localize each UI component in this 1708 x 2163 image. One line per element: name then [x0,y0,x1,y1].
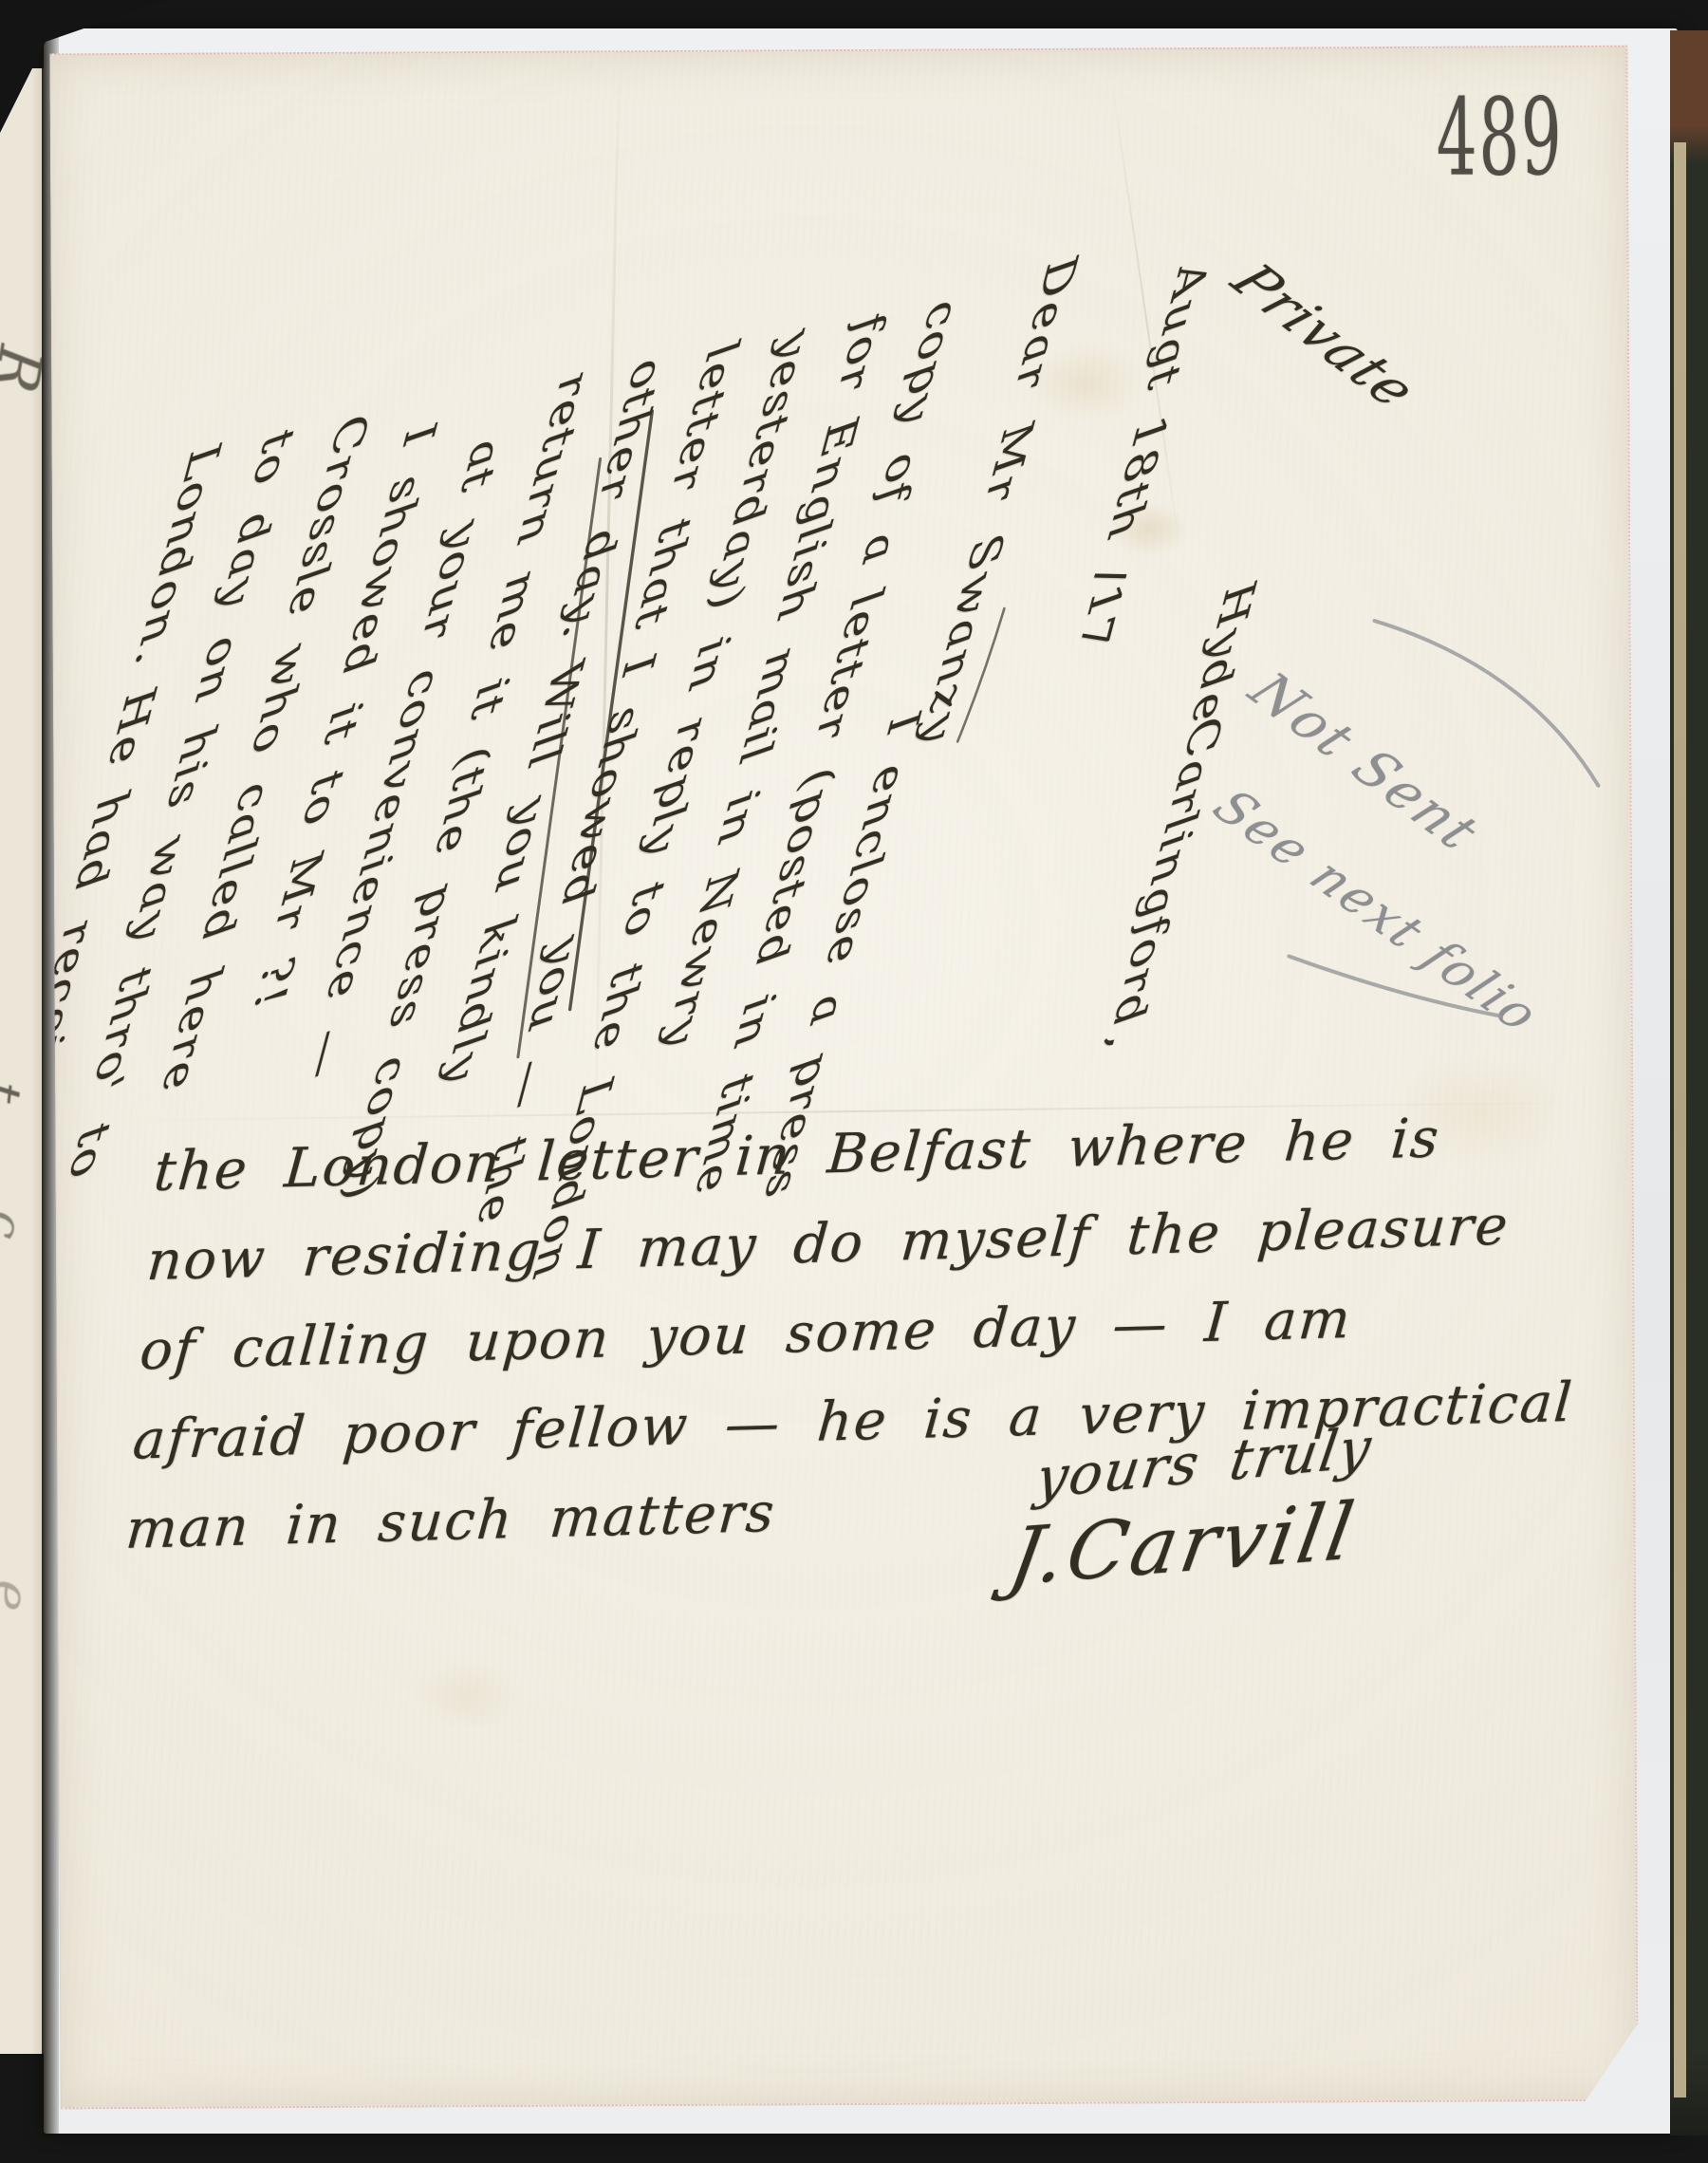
pencil-arc-stroke [1374,620,1598,787]
ink-flourish-stroke [566,411,655,1009]
ink-flourish-stroke [515,458,603,1056]
ink-tail-stroke [956,608,1005,741]
pen-and-pencil-strokes [50,47,1636,2108]
letter-page: 489 Private Not Sent See next folio Augt… [49,46,1638,2110]
pencil-underline-stroke [1289,955,1499,1016]
scanned-album-spread: { "document": { "folio_number": "489", "… [0,0,1708,2163]
book-cover-inner-strip [1674,142,1686,2098]
